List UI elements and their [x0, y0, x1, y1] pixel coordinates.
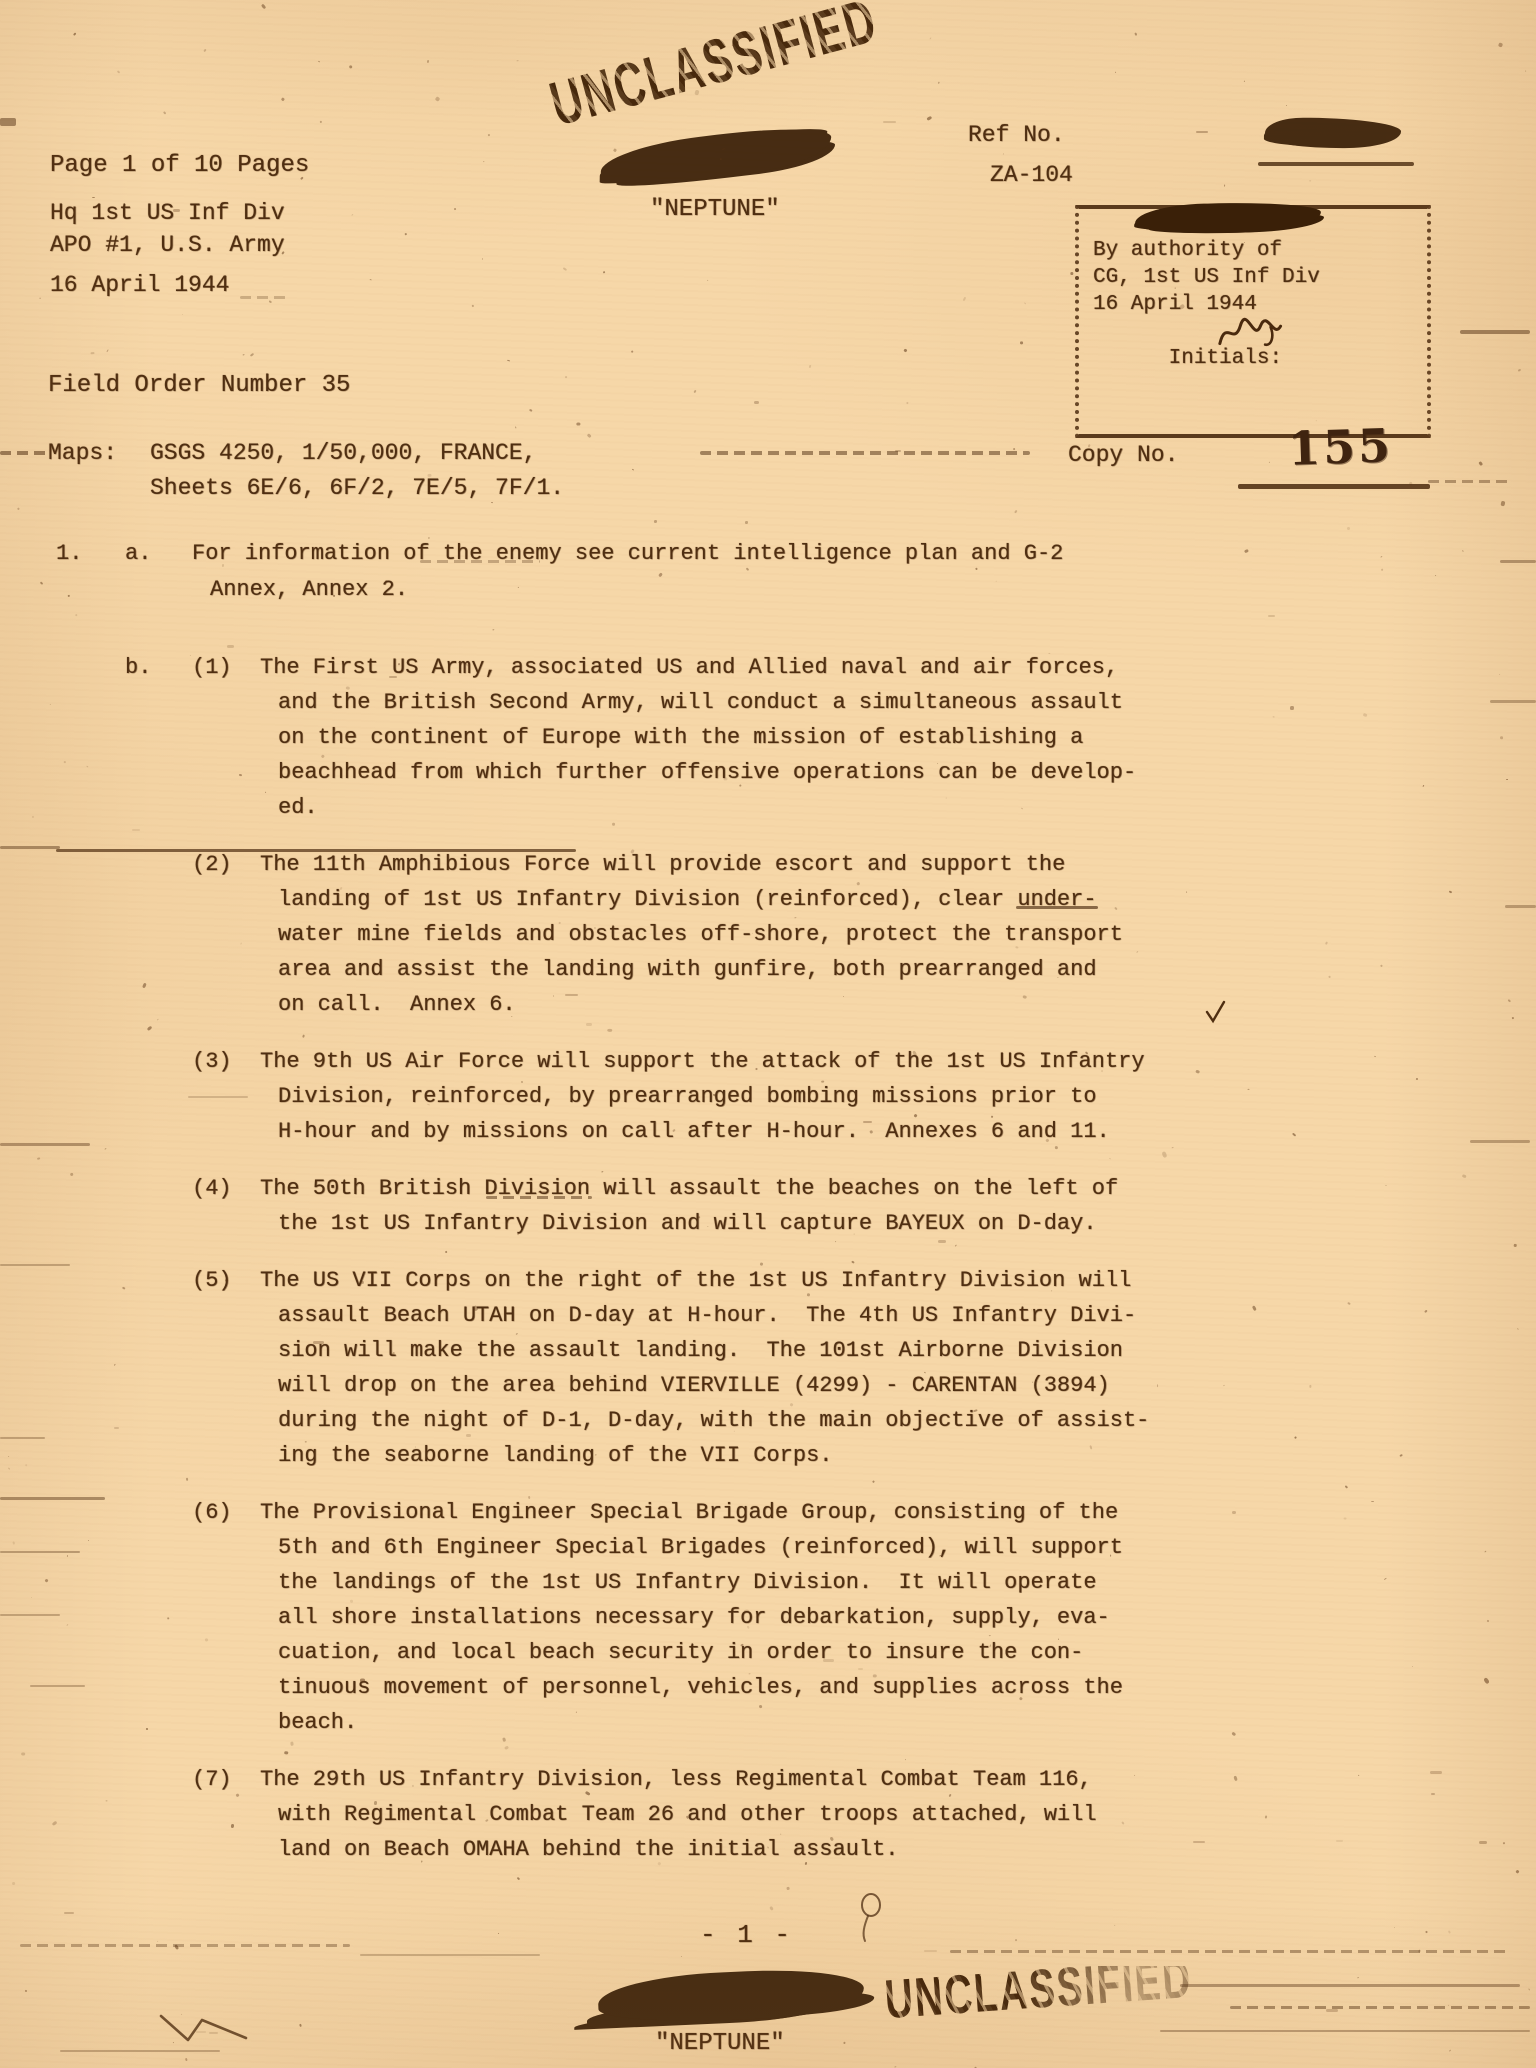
subparagraph-b7: (7) The 29th US Infantry Division, less … — [192, 1762, 1296, 1867]
order-body: 1. a. For information of the enemy see c… — [56, 536, 1296, 1867]
paragraph-1b: b. (1) The First US Army, associated US … — [56, 650, 1296, 1867]
subparagraph-text: The 29th US Infantry Division, less Regi… — [260, 1762, 1097, 1867]
subparagraph-marker: (2) — [192, 847, 260, 882]
scan-streak — [1505, 905, 1536, 908]
subparagraph-text: The 9th US Air Force will support the at… — [260, 1044, 1145, 1149]
scan-streak — [360, 1954, 540, 1956]
ref-number: ZA-104 — [990, 158, 1073, 193]
redaction-smear-small — [1265, 117, 1401, 148]
subparagraph-marker: (4) — [192, 1171, 260, 1206]
scan-streak — [0, 451, 48, 455]
scan-streak — [1460, 330, 1530, 334]
redaction-underline — [1258, 162, 1414, 166]
subparagraph-text: The 50th British Division will assault t… — [260, 1171, 1118, 1241]
authority-initials-line: Initials: — [1093, 318, 1415, 426]
scan-streak — [0, 846, 60, 849]
codename-neptune-bottom: "NEPTUNE" — [655, 2026, 785, 2062]
unclassified-stamp-bottom: UNCLASSIFIED — [883, 1947, 1194, 2031]
scan-streak — [60, 2050, 220, 2052]
authority-line-2: CG, 1st US Inf Div — [1093, 264, 1415, 291]
subparagraph-b-list: (1) The First US Army, associated US and… — [192, 650, 1296, 1867]
maps-line-2: Sheets 6E/6, 6F/2, 7E/5, 7F/1. — [150, 471, 564, 506]
page-count-label: Page 1 of 10 Pages — [50, 148, 309, 184]
subparagraph-b6: (6) The Provisional Engineer Special Bri… — [192, 1495, 1296, 1740]
handwritten-circle-mark — [856, 1892, 886, 1944]
subparagraph-marker: (3) — [192, 1044, 260, 1079]
scan-streak — [0, 1614, 60, 1616]
scan-streak — [1500, 560, 1536, 563]
authority-line-1: By authority of — [1093, 237, 1415, 264]
redaction-smear-bottom — [597, 1966, 865, 2026]
scan-streak — [240, 296, 286, 299]
codename-neptune-top: "NEPTUNE" — [650, 192, 780, 228]
paragraph-1a: 1. a. For information of the enemy see c… — [56, 536, 1296, 608]
scan-streak — [1490, 700, 1536, 703]
scan-streak — [1160, 2030, 1530, 2032]
subparagraph-letter-a: a. — [125, 536, 192, 572]
scan-streak — [20, 1944, 350, 1947]
page-number: - 1 - — [700, 1920, 793, 1950]
field-order-title: Field Order Number 35 — [48, 368, 350, 404]
scan-streak — [1470, 1140, 1530, 1143]
maps-label: Maps: — [48, 436, 117, 471]
checkmark-annotation — [1205, 1000, 1227, 1024]
subparagraph-b1: (1) The First US Army, associated US and… — [192, 650, 1296, 825]
subparagraph-text: The Provisional Engineer Special Brigade… — [260, 1495, 1123, 1740]
subparagraph-marker: (1) — [192, 650, 260, 685]
unit-line-date: 16 April 1944 — [50, 268, 229, 303]
scan-streak — [0, 1551, 80, 1553]
scan-streak — [30, 1685, 85, 1687]
subparagraph-b2: (2) The 11th Amphibious Force will provi… — [192, 847, 1296, 1022]
subparagraph-text: The 11th Amphibious Force will provide e… — [260, 847, 1123, 1022]
copy-number-underline — [1238, 484, 1430, 489]
subparagraph-b3: (3) The 9th US Air Force will support th… — [192, 1044, 1296, 1149]
initials-signature — [1213, 308, 1306, 356]
subparagraph-b5: (5) The US VII Corps on the right of the… — [192, 1263, 1296, 1473]
scan-streak — [1180, 1984, 1520, 1987]
unclassified-stamp-bottom-wrap: UNCLASSIFIED — [885, 1966, 1225, 2056]
scanned-document-page: UNCLASSIFIED "NEPTUNE" Page 1 of 10 Page… — [0, 0, 1536, 2068]
scan-streak — [700, 451, 1030, 455]
scan-streak — [420, 560, 540, 563]
unit-line-hq: Hq 1st US Inf Div — [50, 196, 285, 231]
unclassified-stamp-top: UNCLASSIFIED — [543, 0, 885, 140]
scan-streak — [56, 849, 576, 852]
authority-box: By authority of CG, 1st US Inf Div 16 Ap… — [1075, 205, 1431, 438]
subparagraph-b4: (4) The 50th British Division will assau… — [192, 1171, 1296, 1241]
subparagraph-a-text: For information of the enemy see current… — [192, 536, 1063, 608]
scan-streak — [1016, 906, 1098, 909]
ref-label: Ref No. — [968, 118, 1065, 153]
scan-streak — [1230, 2006, 1530, 2009]
scan-streak — [0, 1143, 90, 1146]
paragraph-number: 1. — [56, 536, 125, 572]
scan-streak — [0, 118, 16, 126]
scan-streak — [0, 1497, 105, 1500]
scan-streak — [0, 1264, 70, 1266]
scan-streak — [0, 1437, 45, 1439]
scan-streak — [950, 1950, 1510, 1953]
subparagraph-marker: (7) — [192, 1762, 260, 1797]
redaction-smear-classification — [1135, 200, 1322, 235]
scan-streak — [486, 1196, 592, 1199]
redaction-smear-top — [600, 121, 831, 192]
scan-streak — [188, 1096, 248, 1098]
subparagraph-letter-b: b. — [125, 650, 192, 685]
handwritten-squiggle — [158, 2006, 250, 2048]
unit-line-apo: APO #1, U.S. Army — [50, 228, 285, 263]
scan-streak — [1428, 480, 1512, 483]
maps-line-1: GSGS 4250, 1/50,000, FRANCE, — [150, 436, 536, 471]
copy-number: 155 — [1287, 418, 1394, 476]
subparagraph-marker: (6) — [192, 1495, 260, 1530]
copy-label: Copy No. — [1068, 438, 1178, 473]
subparagraph-text: The US VII Corps on the right of the 1st… — [260, 1263, 1149, 1473]
